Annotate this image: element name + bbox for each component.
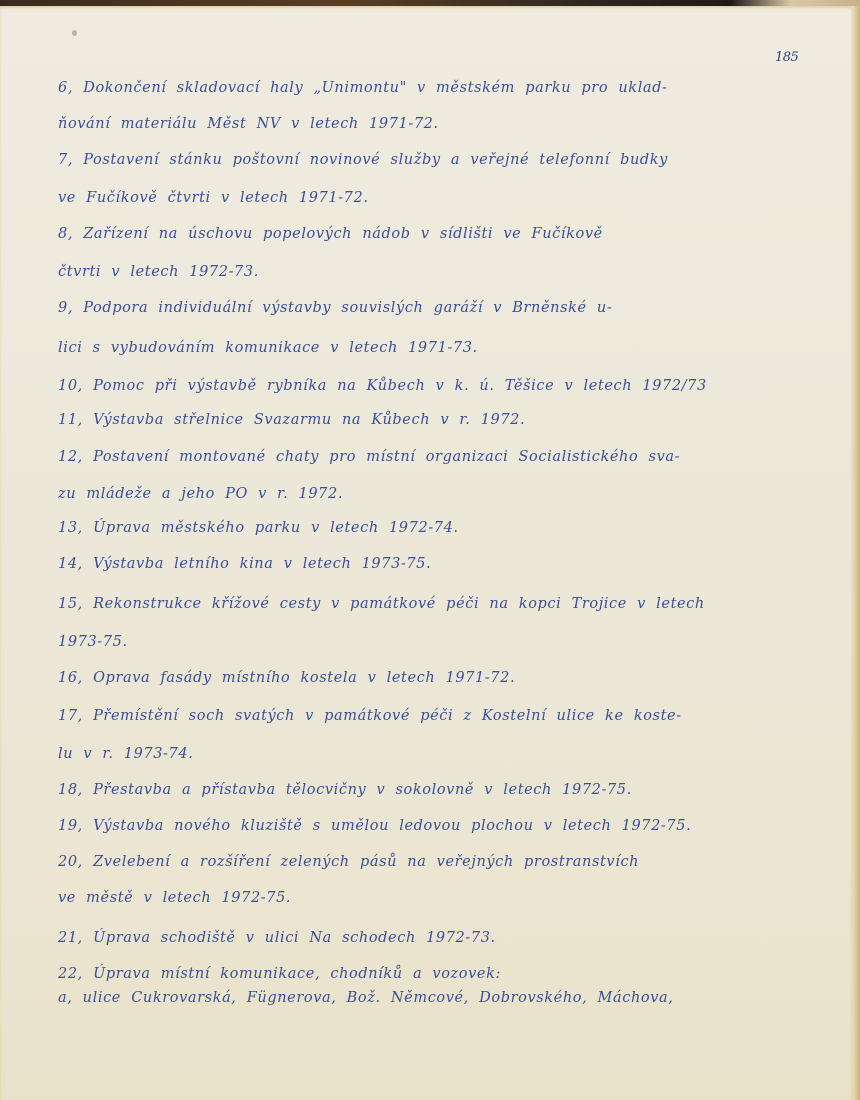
text-line: 12, Postavení montované chaty pro místní…: [58, 449, 680, 465]
text-line: 6, Dokončení skladovací haly „Unimontu" …: [58, 80, 668, 96]
text-line: 16, Oprava fasády místního kostela v let…: [58, 670, 515, 686]
text-line: 7, Postavení stánku poštovní novinové sl…: [58, 152, 668, 168]
text-line: 18, Přestavba a přístavba tělocvičny v s…: [58, 782, 632, 798]
text-line: ve Fučíkově čtvrti v letech 1971-72.: [58, 190, 369, 206]
page-edge-shadow: [852, 6, 860, 1100]
text-line: a, ulice Cukrovarská, Fügnerova, Bož. Ně…: [58, 990, 673, 1006]
text-line: 19, Výstavba nového kluziště s umělou le…: [58, 818, 691, 834]
text-line: 1973-75.: [58, 634, 128, 650]
text-line: ve městě v letech 1972-75.: [58, 890, 291, 906]
text-line: 17, Přemístění soch svatých v památkové …: [58, 708, 682, 724]
text-line: lu v r. 1973-74.: [58, 746, 193, 762]
text-line: 22, Úprava místní komunikace, chodníků a…: [58, 966, 501, 982]
text-line: 20, Zvelebení a rozšíření zelených pásů …: [58, 854, 639, 870]
text-line: lici s vybudováním komunikace v letech 1…: [58, 340, 478, 356]
text-line: zu mládeže a jeho PO v r. 1972.: [58, 486, 343, 502]
text-line: 9, Podpora individuální výstavby souvisl…: [58, 300, 612, 316]
text-line: 15, Rekonstrukce křížové cesty v památko…: [58, 596, 705, 612]
text-line: 21, Úprava schodiště v ulici Na schodech…: [58, 930, 496, 946]
text-line: čtvrti v letech 1972-73.: [58, 264, 259, 280]
text-line: 10, Pomoc při výstavbě rybníka na Kůbech…: [58, 378, 707, 394]
text-line: 13, Úprava městského parku v letech 1972…: [58, 520, 459, 536]
text-line: 11, Výstavba střelnice Svazarmu na Kůbec…: [58, 412, 525, 428]
page-number: 185: [775, 50, 798, 65]
text-line: 8, Zařízení na úschovu popelových nádob …: [58, 226, 603, 242]
paper-blemish: [72, 30, 77, 36]
text-line: ňování materiálu Měst NV v letech 1971-7…: [58, 116, 439, 132]
text-line: 14, Výstavba letního kina v letech 1973-…: [58, 556, 431, 572]
